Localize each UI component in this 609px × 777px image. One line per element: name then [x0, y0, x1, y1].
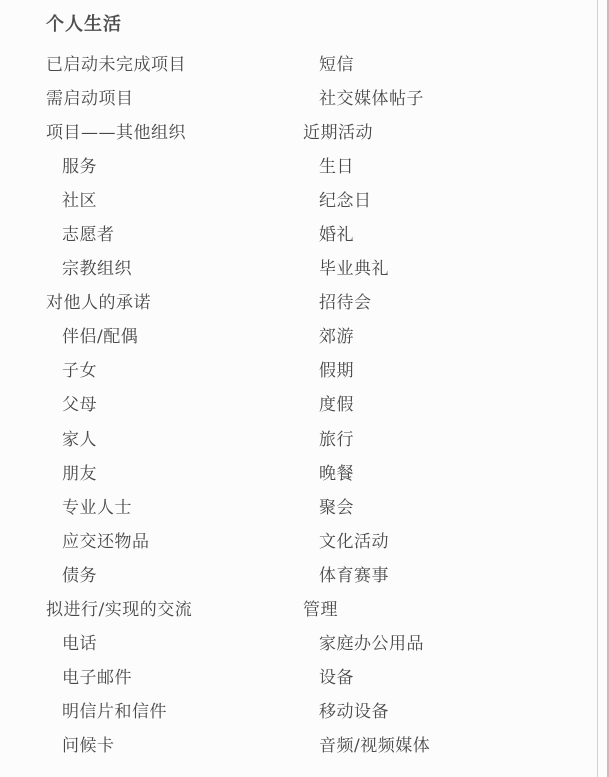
list-item: 项目——其他组织 — [46, 113, 296, 147]
page-title: 个人生活 — [46, 10, 122, 36]
list-item: 债务 — [46, 556, 296, 590]
list-item: 设备 — [303, 659, 588, 693]
list-item: 志愿者 — [46, 215, 296, 249]
list-item: 度假 — [303, 386, 588, 420]
list-item: 文化活动 — [303, 522, 588, 556]
list-item: 父母 — [46, 386, 296, 420]
list-item: 应交还物品 — [46, 522, 296, 556]
list-item: 婚礼 — [303, 215, 588, 249]
page-edge-line-inner — [597, 0, 598, 777]
list-item: 聚会 — [303, 488, 588, 522]
list-item: 已启动未完成项目 — [46, 45, 296, 79]
list-item: 郊游 — [303, 318, 588, 352]
list-item: 专业人士 — [46, 488, 296, 522]
list-item: 服务 — [46, 147, 296, 181]
list-item: 短信 — [303, 45, 588, 79]
list-item: 对他人的承诺 — [46, 284, 296, 318]
list-item: 家庭办公用品 — [303, 625, 588, 659]
list-item: 电子邮件 — [46, 659, 296, 693]
list-item: 伴侣/配偶 — [46, 318, 296, 352]
list-item: 体育赛事 — [303, 556, 588, 590]
list-item: 生日 — [303, 147, 588, 181]
list-item: 电话 — [46, 625, 296, 659]
list-item: 移动设备 — [303, 693, 588, 727]
list-item: 拟进行/实现的交流 — [46, 591, 296, 625]
checklist-column-left: 已启动未完成项目需启动项目项目——其他组织服务社区志愿者宗教组织对他人的承诺伴侣… — [46, 45, 296, 761]
list-item: 纪念日 — [303, 181, 588, 215]
list-item: 管理 — [303, 591, 588, 625]
list-item: 假期 — [303, 352, 588, 386]
list-item: 招待会 — [303, 284, 588, 318]
list-item: 社交媒体帖子 — [303, 79, 588, 113]
list-item: 明信片和信件 — [46, 693, 296, 727]
list-item: 晚餐 — [303, 454, 588, 488]
list-item: 子女 — [46, 352, 296, 386]
list-item: 社区 — [46, 181, 296, 215]
list-item: 朋友 — [46, 454, 296, 488]
list-item: 家人 — [46, 420, 296, 454]
scanned-page: 个人生活 已启动未完成项目需启动项目项目——其他组织服务社区志愿者宗教组织对他人… — [0, 0, 609, 777]
list-item: 旅行 — [303, 420, 588, 454]
checklist-columns: 已启动未完成项目需启动项目项目——其他组织服务社区志愿者宗教组织对他人的承诺伴侣… — [0, 45, 609, 777]
list-item: 毕业典礼 — [303, 250, 588, 284]
list-item: 音频/视频媒体 — [303, 727, 588, 761]
list-item: 近期活动 — [303, 113, 588, 147]
list-item: 需启动项目 — [46, 79, 296, 113]
checklist-column-right: 短信社交媒体帖子近期活动生日纪念日婚礼毕业典礼招待会郊游假期度假旅行晚餐聚会文化… — [303, 45, 588, 761]
list-item: 问候卡 — [46, 727, 296, 761]
list-item: 宗教组织 — [46, 250, 296, 284]
